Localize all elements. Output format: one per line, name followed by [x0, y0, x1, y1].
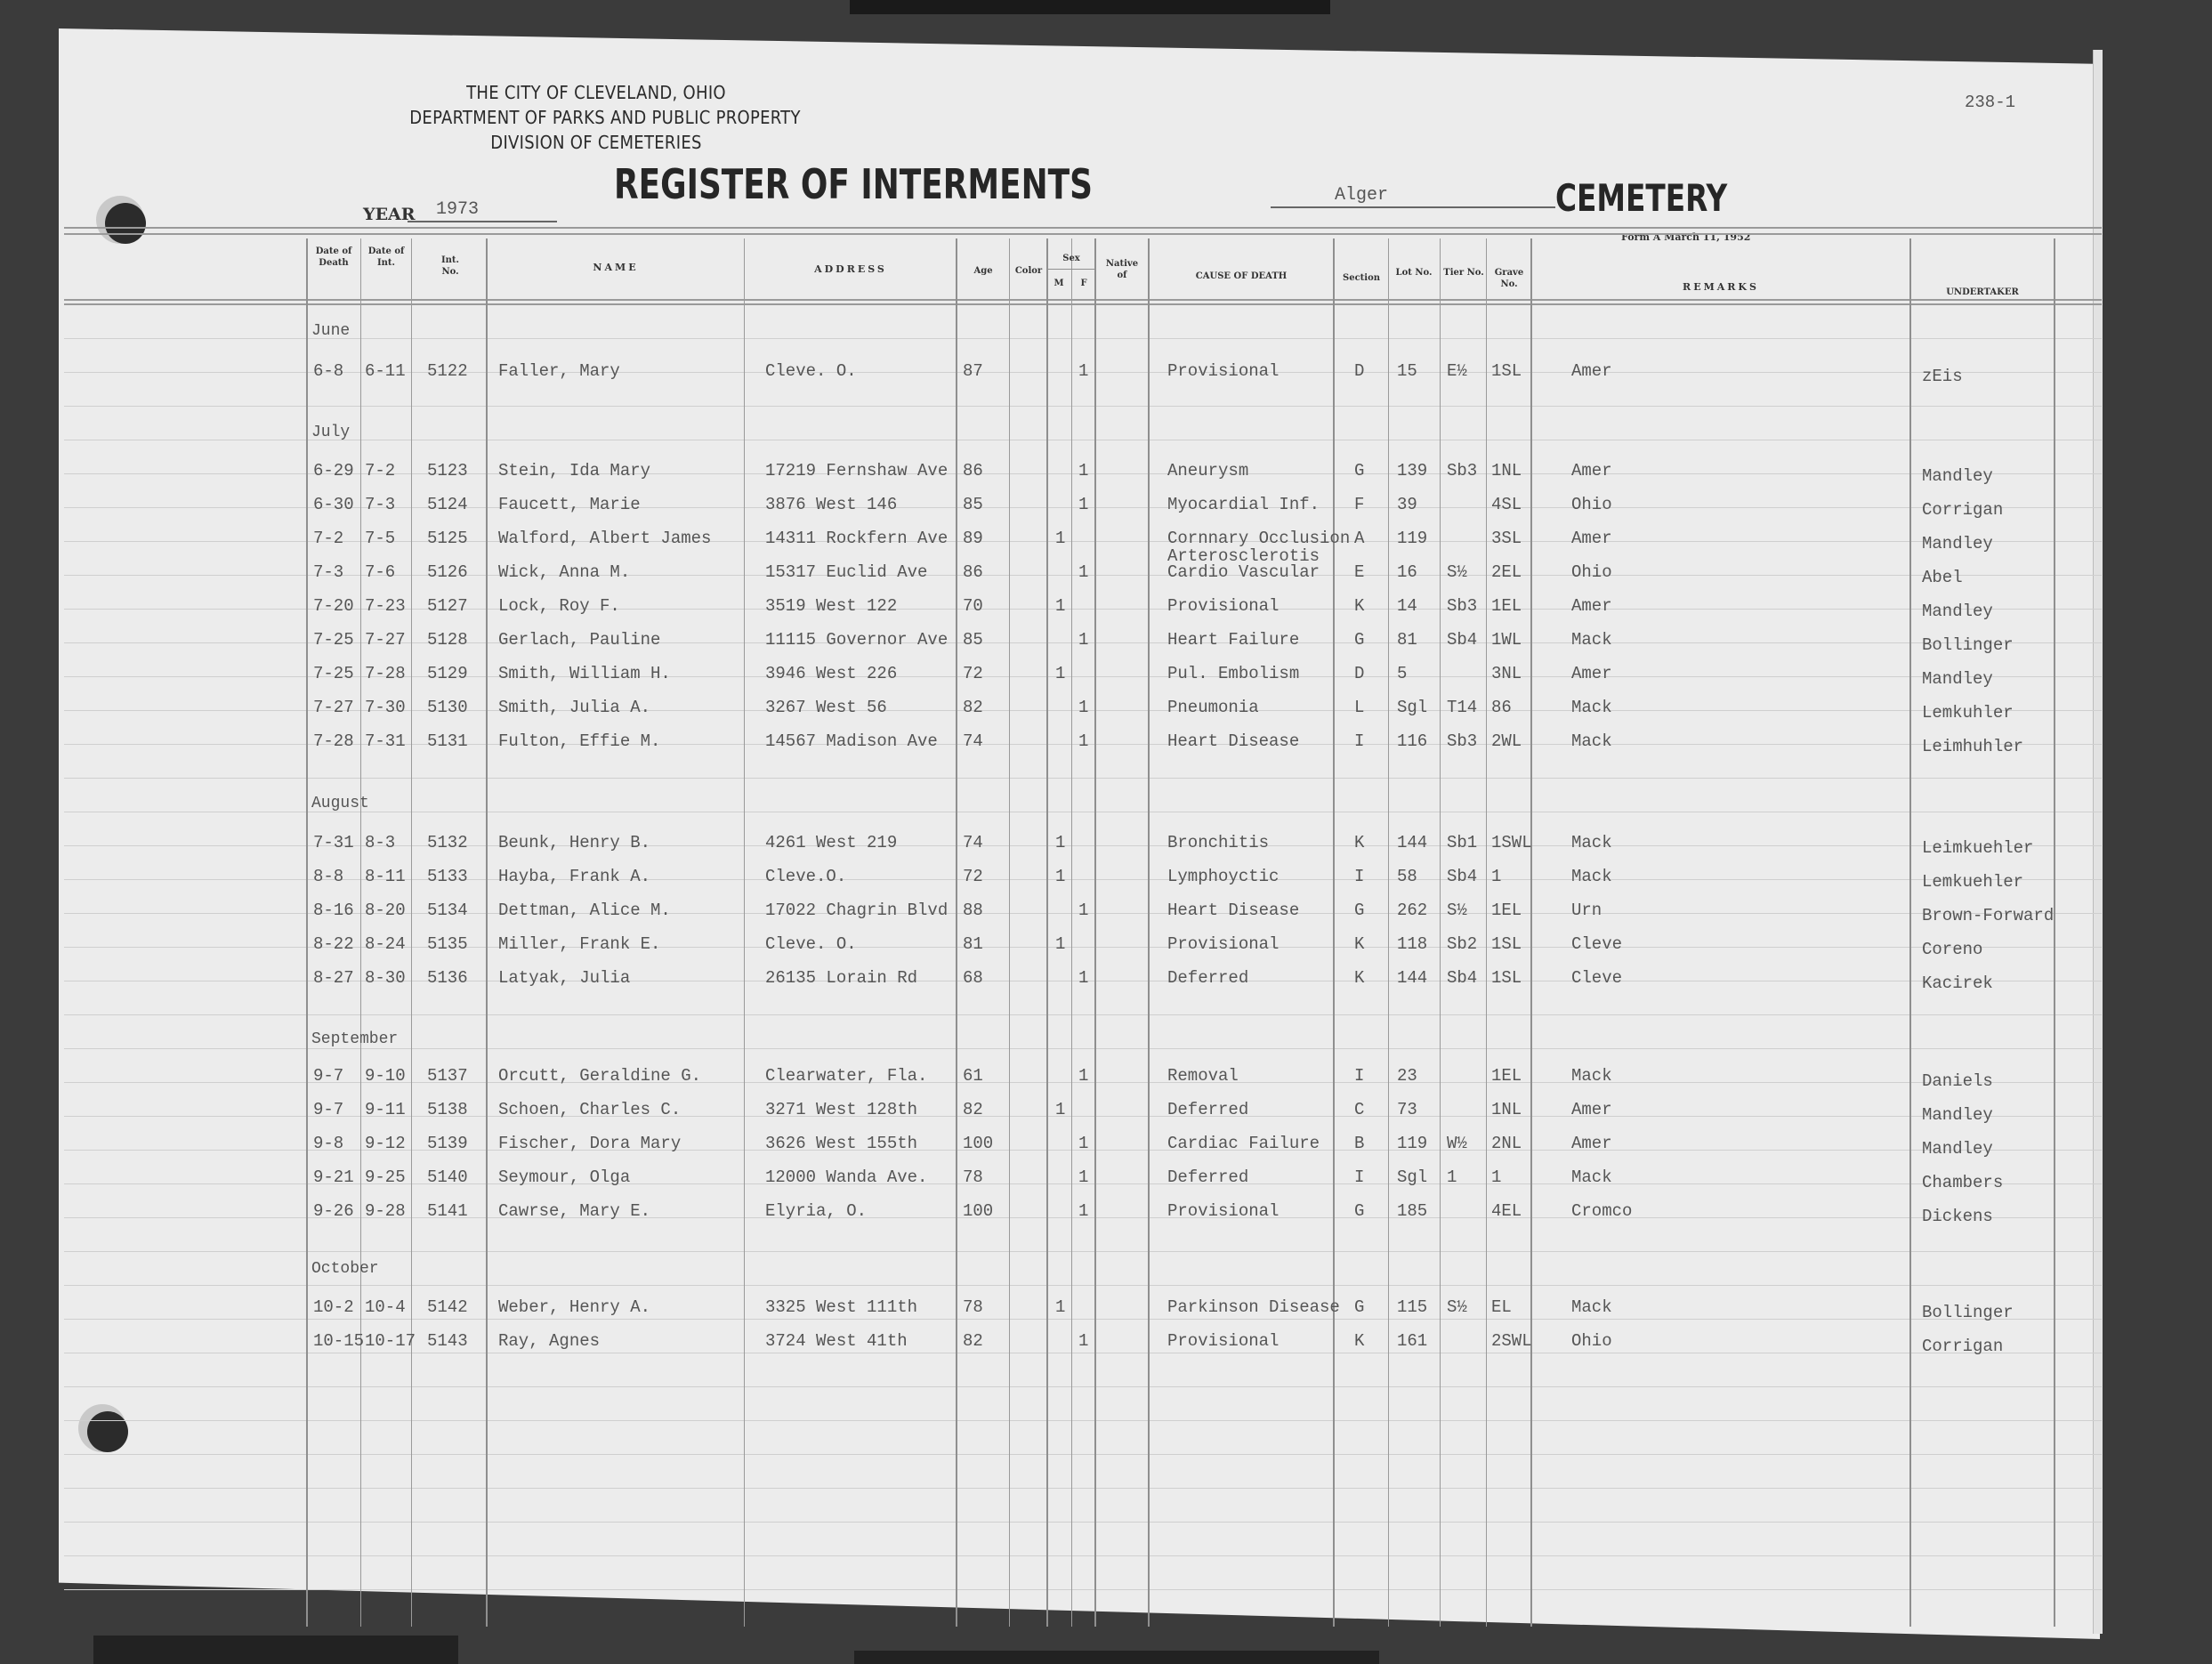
cell-address: 14567 Madison Ave — [765, 731, 938, 751]
cell-section: A — [1354, 529, 1364, 548]
cell-grave-no: 1SWL — [1491, 833, 1532, 852]
column-divider — [1486, 238, 1487, 1627]
column-divider — [486, 238, 488, 1627]
cell-age: 81 — [963, 934, 983, 954]
cell-undertaker: Lemkuhler — [1922, 703, 2014, 723]
cell-int-no: 5126 — [427, 562, 468, 582]
col-grave-no: Grave No. — [1488, 267, 1530, 290]
ledger-line — [64, 1285, 2102, 1286]
cell-cause-of-death: Deferred — [1167, 1100, 1248, 1119]
cell-sex-f: 1 — [1078, 495, 1088, 514]
cell-undertaker: Mandley — [1922, 1105, 1993, 1125]
cell-lot-no: 81 — [1397, 630, 1417, 650]
cell-name: Smith, Julia A. — [498, 698, 650, 717]
cell-section: I — [1354, 731, 1364, 751]
cell-date-of-death: 9-26 — [313, 1201, 354, 1221]
cell-grave-no: 1EL — [1491, 1066, 1522, 1086]
cell-int-no: 5138 — [427, 1100, 468, 1119]
cell-lot-no: 144 — [1397, 968, 1427, 988]
cell-cause-of-death: Cornnary Occlusion — [1167, 529, 1350, 548]
cell-age: 87 — [963, 361, 983, 381]
column-divider — [1333, 238, 1335, 1627]
cell-cause-of-death: Cardio Vascular — [1167, 562, 1320, 582]
cell-date-of-death: 7-25 — [313, 630, 354, 650]
ledger-line — [64, 1048, 2102, 1049]
cell-int-no: 5134 — [427, 901, 468, 920]
cell-age: 82 — [963, 698, 983, 717]
column-divider — [1909, 238, 1911, 1627]
col-age: Age — [957, 265, 1009, 277]
cell-sex-f: 1 — [1078, 731, 1088, 751]
cell-remarks: Amer — [1571, 529, 1612, 548]
cell-date-of-int: 10-4 — [365, 1297, 406, 1317]
cell-date-of-int: 9-11 — [365, 1100, 406, 1119]
cell-section: G — [1354, 461, 1364, 481]
cell-cause-of-death: Provisional — [1167, 596, 1279, 616]
cell-grave-no: 3NL — [1491, 664, 1522, 683]
year-value: 1973 — [436, 199, 479, 220]
cell-lot-no: 185 — [1397, 1201, 1427, 1221]
ledger-line — [64, 1454, 2102, 1455]
cell-date-of-int: 7-3 — [365, 495, 395, 514]
cell-grave-no: 1NL — [1491, 1100, 1522, 1119]
cell-name: Schoen, Charles C. — [498, 1100, 681, 1119]
cell-int-no: 5123 — [427, 461, 468, 481]
cell-undertaker: Daniels — [1922, 1071, 1993, 1091]
cell-lot-no: 262 — [1397, 901, 1427, 920]
cell-address: 3876 West 146 — [765, 495, 897, 514]
cell-date-of-death: 7-20 — [313, 596, 354, 616]
cell-cause-of-death: Lymphoyctic — [1167, 867, 1279, 886]
cell-sex-m: 1 — [1055, 664, 1065, 683]
cell-grave-no: 2NL — [1491, 1134, 1522, 1153]
cell-date-of-death: 8-8 — [313, 867, 343, 886]
cell-remarks: Amer — [1571, 596, 1612, 616]
cell-sex-m: 1 — [1055, 867, 1065, 886]
cell-date-of-death: 7-28 — [313, 731, 354, 751]
cell-remarks: Cleve — [1571, 968, 1622, 988]
cell-lot-no: 116 — [1397, 731, 1427, 751]
cell-name: Fulton, Effie M. — [498, 731, 660, 751]
ledger-line — [64, 1555, 2102, 1556]
cell-undertaker: Mandley — [1922, 1139, 1993, 1159]
cell-remarks: Mack — [1571, 1297, 1612, 1317]
cell-section: C — [1354, 1100, 1364, 1119]
cell-address: 3519 West 122 — [765, 596, 897, 616]
column-divider — [411, 238, 412, 1627]
cell-address: 12000 Wanda Ave. — [765, 1167, 927, 1187]
cell-remarks: Mack — [1571, 630, 1612, 650]
col-name: NAME — [488, 262, 744, 273]
cell-undertaker: Mandley — [1922, 534, 1993, 553]
cell-age: 86 — [963, 461, 983, 481]
cell-date-of-int: 7-31 — [365, 731, 406, 751]
cell-tier-no: Sb4 — [1447, 867, 1477, 886]
cell-remarks: Ohio — [1571, 562, 1612, 582]
cell-section: I — [1354, 867, 1364, 886]
cemetery-label: CEMETERY — [1555, 176, 1727, 220]
cell-sex-f: 1 — [1078, 698, 1088, 717]
cell-tier-no: Sb3 — [1447, 731, 1477, 751]
cell-section: I — [1354, 1066, 1364, 1086]
cell-undertaker: Corrigan — [1922, 1337, 2003, 1356]
column-divider — [1046, 238, 1048, 1627]
ledger-line — [64, 338, 2102, 339]
cell-remarks: Amer — [1571, 664, 1612, 683]
org-line-city: THE CITY OF CLEVELAND, OHIO — [392, 82, 801, 103]
cell-section: G — [1354, 901, 1364, 920]
col-lot-no: Lot No. — [1393, 267, 1434, 279]
cell-tier-no: Sb4 — [1447, 630, 1477, 650]
column-divider — [1440, 238, 1441, 1627]
cell-grave-no: 2SWL — [1491, 1331, 1532, 1351]
cell-sex-f: 1 — [1078, 1201, 1088, 1221]
cell-remarks: Mack — [1571, 1066, 1612, 1086]
ledger-line — [64, 440, 2102, 440]
cell-date-of-int: 7-2 — [365, 461, 395, 481]
cell-remarks: Mack — [1571, 1167, 1612, 1187]
cell-age: 78 — [963, 1167, 983, 1187]
cell-remarks: Mack — [1571, 833, 1612, 852]
cell-cause-of-death: Deferred — [1167, 968, 1248, 988]
cell-date-of-int: 7-6 — [365, 562, 395, 582]
column-divider — [1530, 238, 1532, 1627]
cell-date-of-int: 8-24 — [365, 934, 406, 954]
org-line-division: DIVISION OF CEMETERIES — [418, 132, 774, 153]
cell-cause-of-death: Myocardial Inf. — [1167, 495, 1320, 514]
cell-name: Walford, Albert James — [498, 529, 711, 548]
cell-cause-of-death: Cardiac Failure — [1167, 1134, 1320, 1153]
cell-lot-no: 14 — [1397, 596, 1417, 616]
cell-undertaker: Chambers — [1922, 1173, 2003, 1192]
cell-address: 3325 West 111th — [765, 1297, 917, 1317]
cell-lot-no: 161 — [1397, 1331, 1427, 1351]
cell-remarks: Ohio — [1571, 1331, 1612, 1351]
cell-name: Smith, William H. — [498, 664, 671, 683]
cell-address: Cleve.O. — [765, 867, 846, 886]
year-underline — [408, 221, 557, 222]
cell-remarks: Ohio — [1571, 495, 1612, 514]
cell-address: 26135 Lorain Rd — [765, 968, 917, 988]
month-label: June — [311, 322, 350, 340]
cell-undertaker: Leimkuehler — [1922, 838, 2033, 858]
col-sex-f: F — [1073, 278, 1094, 289]
binder-hole-icon — [87, 1411, 128, 1452]
cell-address: 3267 West 56 — [765, 698, 887, 717]
cell-name: Cawrse, Mary E. — [498, 1201, 650, 1221]
cell-name: Latyak, Julia — [498, 968, 630, 988]
cell-date-of-int: 8-30 — [365, 968, 406, 988]
cell-name: Faucett, Marie — [498, 495, 641, 514]
cell-sex-f: 1 — [1078, 1066, 1088, 1086]
col-address: ADDRESS — [746, 263, 956, 275]
cell-cause-of-death: Provisional — [1167, 1331, 1279, 1351]
page-title: REGISTER OF INTERMENTS — [614, 160, 1093, 208]
cell-grave-no: 86 — [1491, 698, 1512, 717]
cell-date-of-int: 8-3 — [365, 833, 395, 852]
cell-lot-no: 23 — [1397, 1066, 1417, 1086]
cell-undertaker: Bollinger — [1922, 635, 2014, 655]
cell-age: 82 — [963, 1100, 983, 1119]
cell-remarks: Amer — [1571, 1100, 1612, 1119]
cell-remarks: Amer — [1571, 461, 1612, 481]
cell-date-of-death: 6-8 — [313, 361, 343, 381]
cell-name: Hayba, Frank A. — [498, 867, 650, 886]
cell-tier-no: 1 — [1447, 1167, 1457, 1187]
cell-remarks: Urn — [1571, 901, 1602, 920]
cell-date-of-int: 7-5 — [365, 529, 395, 548]
cell-cause-of-death: Pul. Embolism — [1167, 664, 1299, 683]
column-divider — [1094, 238, 1096, 1627]
cell-int-no: 5139 — [427, 1134, 468, 1153]
ledger-line — [64, 1353, 2102, 1353]
cell-age: 82 — [963, 1331, 983, 1351]
month-label: October — [311, 1260, 379, 1278]
cell-int-no: 5137 — [427, 1066, 468, 1086]
cell-date-of-death: 7-25 — [313, 664, 354, 683]
cell-date-of-death: 9-21 — [313, 1167, 354, 1187]
ledger-line — [64, 1488, 2102, 1489]
cell-date-of-int: 9-12 — [365, 1134, 406, 1153]
cell-section: D — [1354, 664, 1364, 683]
cell-sex-m: 1 — [1055, 1297, 1065, 1317]
cell-int-no: 5125 — [427, 529, 468, 548]
ledger-line — [64, 812, 2102, 812]
cell-cause-of-death: Provisional — [1167, 361, 1279, 381]
cell-age: 89 — [963, 529, 983, 548]
cell-date-of-int: 9-10 — [365, 1066, 406, 1086]
header-rule — [64, 227, 2102, 229]
cell-section: K — [1354, 596, 1364, 616]
cell-sex-f: 1 — [1078, 562, 1088, 582]
cell-date-of-int: 7-28 — [365, 664, 406, 683]
ledger-line — [64, 406, 2102, 407]
cell-sex-f: 1 — [1078, 1331, 1088, 1351]
ledger-line — [64, 1420, 2102, 1421]
cell-date-of-int: 9-25 — [365, 1167, 406, 1187]
cell-tier-no: S½ — [1447, 562, 1467, 582]
cell-name: Weber, Henry A. — [498, 1297, 650, 1317]
cell-lot-no: 73 — [1397, 1100, 1417, 1119]
cell-int-no: 5142 — [427, 1297, 468, 1317]
cell-grave-no: 4SL — [1491, 495, 1522, 514]
cell-grave-no: 2WL — [1491, 731, 1522, 751]
cell-undertaker: Mandley — [1922, 669, 1993, 689]
cell-tier-no: T14 — [1447, 698, 1477, 717]
cell-cause-of-death: Provisional — [1167, 1201, 1279, 1221]
ledger-line — [64, 1386, 2102, 1387]
cell-address: 3271 West 128th — [765, 1100, 917, 1119]
cell-cause-of-death: Bronchitis — [1167, 833, 1269, 852]
cell-name: Miller, Frank E. — [498, 934, 660, 954]
cell-section: K — [1354, 833, 1364, 852]
cell-remarks: Mack — [1571, 698, 1612, 717]
cell-undertaker: zEis — [1922, 367, 1963, 386]
cell-age: 86 — [963, 562, 983, 582]
cell-lot-no: 119 — [1397, 529, 1427, 548]
cell-date-of-death: 10-15 — [313, 1331, 364, 1351]
cell-grave-no: 2EL — [1491, 562, 1522, 582]
column-divider — [1009, 238, 1010, 1627]
cell-date-of-death: 9-7 — [313, 1100, 343, 1119]
cell-grave-no: 1SL — [1491, 934, 1522, 954]
cell-sex-f: 1 — [1078, 361, 1088, 381]
col-sex-m: M — [1048, 278, 1070, 289]
cell-name: Seymour, Olga — [498, 1167, 630, 1187]
cell-sex-m: 1 — [1055, 596, 1065, 616]
cell-section: G — [1354, 1297, 1364, 1317]
cell-int-no: 5136 — [427, 968, 468, 988]
month-label: July — [311, 424, 350, 441]
cell-cause-of-death: Deferred — [1167, 1167, 1248, 1187]
cell-address: 4261 West 219 — [765, 833, 897, 852]
cell-undertaker: Brown-Forward — [1922, 906, 2054, 925]
cell-section: I — [1354, 1167, 1364, 1187]
col-undertaker: UNDERTAKER — [1911, 287, 2054, 298]
cell-section: L — [1354, 698, 1364, 717]
cell-tier-no: S½ — [1447, 901, 1467, 920]
cell-section: K — [1354, 934, 1364, 954]
cell-tier-no: Sb3 — [1447, 461, 1477, 481]
scanner-edge-strip — [854, 1651, 1379, 1664]
ledger-line — [64, 1251, 2102, 1252]
page-stack-edge — [2093, 50, 2103, 1634]
cell-date-of-int: 10-17 — [365, 1331, 416, 1351]
cell-grave-no: 1EL — [1491, 596, 1522, 616]
cell-age: 74 — [963, 833, 983, 852]
cell-address: 3724 West 41th — [765, 1331, 908, 1351]
cell-section: G — [1354, 1201, 1364, 1221]
cell-undertaker: Dickens — [1922, 1207, 1993, 1226]
binder-hole-icon — [105, 203, 146, 244]
header-rule — [64, 233, 2102, 235]
cell-remarks: Amer — [1571, 1134, 1612, 1153]
cell-address: Cleve. O. — [765, 934, 857, 954]
cell-grave-no: 1WL — [1491, 630, 1522, 650]
cell-cause-of-death: Parkinson Disease — [1167, 1297, 1340, 1317]
cell-section: B — [1354, 1134, 1364, 1153]
cell-name: Faller, Mary — [498, 361, 620, 381]
cell-grave-no: 1EL — [1491, 901, 1522, 920]
column-divider — [2054, 238, 2055, 1627]
cell-date-of-death: 6-30 — [313, 495, 354, 514]
cell-grave-no: 1NL — [1491, 461, 1522, 481]
cell-int-no: 5135 — [427, 934, 468, 954]
cell-cause-of-death: Pneumonia — [1167, 698, 1259, 717]
cell-lot-no: 119 — [1397, 1134, 1427, 1153]
cell-date-of-death: 9-7 — [313, 1066, 343, 1086]
cell-address: Cleve. O. — [765, 361, 857, 381]
cell-cause-of-death: Heart Disease — [1167, 731, 1299, 751]
cell-undertaker: Mandley — [1922, 466, 1993, 486]
cell-lot-no: 5 — [1397, 664, 1407, 683]
cell-int-no: 5129 — [427, 664, 468, 683]
cell-undertaker: Lemkuehler — [1922, 872, 2023, 892]
cell-address: 3626 West 155th — [765, 1134, 917, 1153]
column-header-rule — [64, 299, 2102, 301]
cell-section: K — [1354, 1331, 1364, 1351]
cell-cause-of-death: Provisional — [1167, 934, 1279, 954]
cell-lot-no: 139 — [1397, 461, 1427, 481]
cell-cause-of-death: Aneurysm — [1167, 461, 1248, 481]
cell-age: 72 — [963, 664, 983, 683]
col-sex: Sex — [1046, 253, 1096, 264]
cell-remarks: Cromco — [1571, 1201, 1632, 1221]
column-divider — [1388, 238, 1389, 1627]
scanner-edge-strip — [93, 1636, 458, 1664]
col-date-of-int: Date of Int. — [361, 246, 411, 269]
column-divider — [1071, 238, 1072, 1627]
col-color: Color — [1011, 265, 1046, 277]
cell-date-of-int: 8-11 — [365, 867, 406, 886]
cell-age: 78 — [963, 1297, 983, 1317]
cell-age: 100 — [963, 1201, 993, 1221]
cell-sex-f: 1 — [1078, 1134, 1088, 1153]
cell-remarks: Mack — [1571, 731, 1612, 751]
cell-age: 70 — [963, 596, 983, 616]
cell-sex-f: 1 — [1078, 630, 1088, 650]
cell-name: Wick, Anna M. — [498, 562, 630, 582]
cell-sex-f: 1 — [1078, 461, 1088, 481]
cell-age: 85 — [963, 495, 983, 514]
cell-name: Orcutt, Geraldine G. — [498, 1066, 701, 1086]
column-divider — [956, 238, 957, 1627]
cell-date-of-death: 7-2 — [313, 529, 343, 548]
cell-date-of-death: 9-8 — [313, 1134, 343, 1153]
cell-lot-no: 16 — [1397, 562, 1417, 582]
cell-section: G — [1354, 630, 1364, 650]
col-date-of-death: Date of Death — [308, 246, 359, 269]
cemetery-name: Alger — [1335, 185, 1388, 206]
cell-undertaker: Leimhuhler — [1922, 737, 2023, 756]
cell-lot-no: 118 — [1397, 934, 1427, 954]
cell-sex-m: 1 — [1055, 1100, 1065, 1119]
cell-undertaker: Corrigan — [1922, 500, 2003, 520]
cell-undertaker: Abel — [1922, 568, 1963, 587]
cell-date-of-death: 8-27 — [313, 968, 354, 988]
cell-tier-no: S½ — [1447, 1297, 1467, 1317]
cell-date-of-death: 6-29 — [313, 461, 354, 481]
column-divider — [360, 238, 361, 1627]
cell-grave-no: 1 — [1491, 1167, 1501, 1187]
cell-age: 100 — [963, 1134, 993, 1153]
cell-grave-no: 1SL — [1491, 361, 1522, 381]
cell-sex-f: 1 — [1078, 901, 1088, 920]
cell-sex-f: 1 — [1078, 1167, 1088, 1187]
cell-cause-of-death: Heart Failure — [1167, 630, 1299, 650]
cell-undertaker: Bollinger — [1922, 1303, 2014, 1322]
cell-address: 3946 West 226 — [765, 664, 897, 683]
cell-int-no: 5128 — [427, 630, 468, 650]
cell-grave-no: 1 — [1491, 867, 1501, 886]
cell-sex-f: 1 — [1078, 968, 1088, 988]
col-remarks: REMARKS — [1532, 281, 1909, 293]
cell-address: 17219 Fernshaw Ave — [765, 461, 948, 481]
cell-age: 61 — [963, 1066, 983, 1086]
cell-int-no: 5133 — [427, 867, 468, 886]
cell-date-of-death: 8-16 — [313, 901, 354, 920]
cell-lot-no: 39 — [1397, 495, 1417, 514]
cell-date-of-int: 6-11 — [365, 361, 406, 381]
column-header-rule — [64, 303, 2102, 305]
cell-date-of-death: 7-3 — [313, 562, 343, 582]
cell-age: 88 — [963, 901, 983, 920]
cell-lot-no: Sgl — [1397, 1167, 1427, 1187]
ledger-line — [64, 1319, 2102, 1320]
cell-address: 11115 Governor Ave — [765, 630, 948, 650]
cell-name: Gerlach, Pauline — [498, 630, 660, 650]
cell-cause-of-death: Heart Disease — [1167, 901, 1299, 920]
